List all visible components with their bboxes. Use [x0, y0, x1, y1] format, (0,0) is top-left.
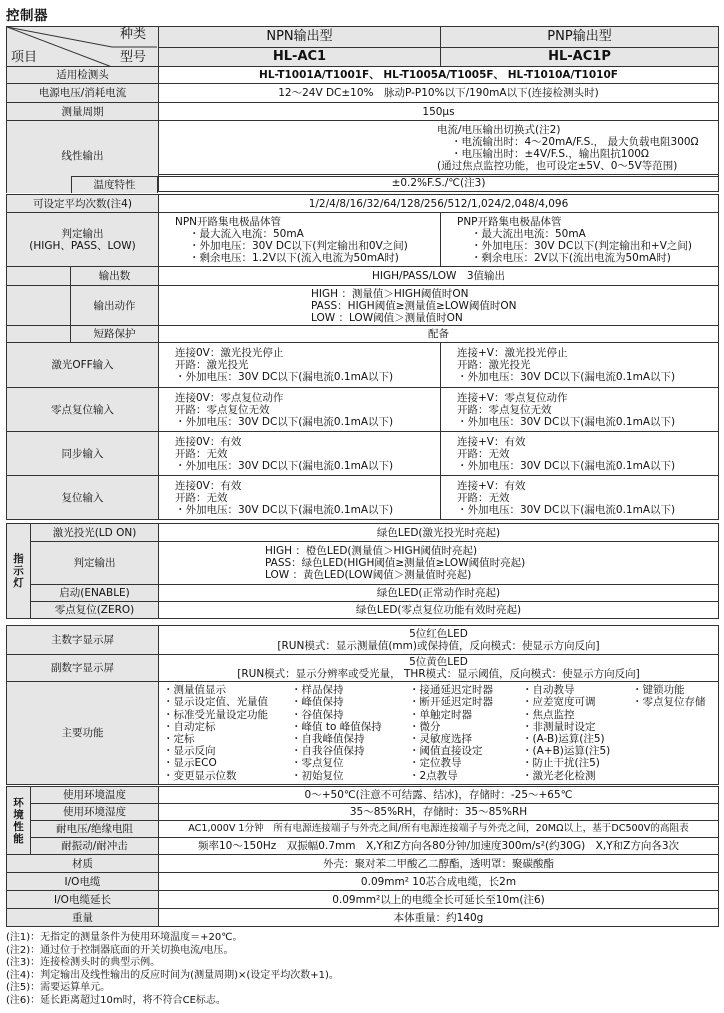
functions-col-5: ・键锁功能・零点复位存储 [632, 684, 722, 782]
env-group-label: 环境性能 [7, 787, 31, 855]
zero-led-label: 零点复位(ZERO) [31, 602, 159, 619]
sync-in-pnp: 连接+V：有效开路：无效・外加电压：30V DC以下(漏电流0.1mA以下) [441, 432, 719, 476]
zero-in-pnp: 连接+V：零点复位动作开路：零点复位无效・外加电压：30V DC以下(漏电流0.… [441, 388, 719, 432]
power-value: 12～24V DC±10% 脉动P-P10%以下/190mA以下(连接检测头时) [159, 84, 719, 103]
short-label: 短路保护 [71, 326, 159, 343]
sync-in-label: 同步输入 [7, 432, 159, 476]
laser-off-pnp: 连接+V：激光投光停止开路：激光投光・外加电压：30V DC以下(漏电流0.1m… [441, 343, 719, 388]
avg-value: 1/2/4/8/16/32/64/128/256/512/1,024/2,048… [159, 195, 719, 213]
spec-table: 种类 型号 项目 NPN输出型 PNP输出型 HL-AC1 HL-AC1P 适用… [6, 26, 719, 192]
indicator-judge-label: 判定输出 [31, 542, 159, 585]
env-humidity-value: 35～85%RH，存储时：35～85%RH [159, 804, 719, 821]
enable-value: 绿色LED(正常动作时亮起) [159, 585, 719, 602]
env-temp-label: 使用环境温度 [31, 787, 159, 804]
functions-value: ・测量值显示・显示设定值、光量值・标准受光量设定功能・自动定标・定标・显示反向・… [159, 682, 719, 785]
item-label: 项目 [11, 52, 37, 64]
reset-in-label: 复位输入 [7, 476, 159, 520]
npn-model: HL-AC1 [159, 48, 441, 67]
weight-label: 重量 [7, 909, 159, 927]
enable-label: 启动(ENABLE) [31, 585, 159, 602]
out-action-label: 输出动作 [71, 286, 159, 326]
cable-value: 0.09mm² 10芯合成电缆，长2m [159, 873, 719, 891]
indicator-table: 指示灯 激光投光(LD ON) 绿色LED(激光投光时亮起) 判定输出 HIGH… [6, 523, 719, 619]
ld-on-label: 激光投光(LD ON) [31, 524, 159, 542]
env-vibration-label: 耐振动/耐冲击 [31, 838, 159, 855]
avg-label: 可设定平均次数(注4) [7, 195, 159, 213]
spec-table-3: 可设定平均次数(注4) 1/2/4/8/16/32/64/128/256/512… [6, 194, 719, 520]
material-value: 外壳：聚对苯二甲酸乙二醇酯，透明罩：聚碳酸酯 [159, 855, 719, 873]
reset-in-npn: 连接0V：有效开路：无效・外加电压：30V DC以下(漏电流0.1mA以下) [159, 476, 441, 520]
functions-col-3: ・接通延迟定时器・断开延迟定时器・单触定时器・微分・灵敏度选择・阈值直接设定・定… [409, 684, 522, 782]
weight-value: 本体重量：约140g [159, 909, 719, 927]
sub-display-value: 5位黄色LED[RUN模式：显示分辨率或受光量， THR模式：显示阈值，反向模式… [159, 655, 719, 682]
functions-col-2: ・样品保持・峰值保持・谷值保持・峰值 to 峰值保持・自我峰值保持・自我谷值保持… [291, 684, 409, 782]
cycle-label: 测量周期 [7, 103, 159, 121]
ld-on-value: 绿色LED(激光投光时亮起) [159, 524, 719, 542]
main-display-label: 主数字显示屏 [7, 626, 159, 655]
pnp-type: PNP输出型 [441, 27, 719, 48]
pnp-model: HL-AC1P [441, 48, 719, 67]
zero-in-npn: 连接0V：零点复位动作开路：零点复位无效・外加电压：30V DC以下(漏电流0.… [159, 388, 441, 432]
env-temp-value: 0～+50℃(注意不可结露、结冰)，存储时：-25～+65℃ [159, 787, 719, 804]
note-4: (注4)：判定输出及线性输出的反应时间为(测量周期)×(设定平均次数+1)。 [6, 970, 339, 983]
laser-off-label: 激光OFF输入 [7, 343, 159, 388]
reset-in-pnp: 连接+V：有效开路：无效・外加电压：30V DC以下(漏电流0.1mA以下) [441, 476, 719, 520]
judge-npn: NPN开路集电极晶体管 ・最大流入电流：50mA ・外加电压：30V DC以下(… [159, 213, 441, 267]
out-action-value: HIGH ：测量值＞HIGH阈值时ON PASS：HIGH阈值≥测量值≥LOW阈… [159, 286, 719, 326]
env-voltage-label: 耐电压/绝缘电阻 [31, 821, 159, 838]
functions-col-1: ・测量值显示・显示设定值、光量值・标准受光量设定功能・自动定标・定标・显示反向・… [163, 684, 291, 782]
zero-led-value: 绿色LED(零点复位功能有效时亮起) [159, 602, 719, 619]
judge-pnp: PNP开路集电极晶体管 ・最大流出电流：50mA ・外加电压：30V DC以下(… [441, 213, 719, 267]
temp-char-value: ±0.2%F.S./℃(注3) [159, 175, 719, 192]
note-6: (注6)：延长距离超过10m时，将不符合CE标志。 [6, 995, 339, 1008]
category-label: 种类 [120, 29, 146, 41]
material-label: 材质 [7, 855, 159, 873]
linear-value: 电流/电压输出切换式(注2) ・电流输出时：4～20mA/F.S.， 最大负载电… [159, 121, 719, 175]
zero-in-label: 零点复位输入 [7, 388, 159, 432]
main-display-value: 5位红色LED[RUN模式：显示测量值(mm)或保持值，反向模式：使显示方向反向… [159, 626, 719, 655]
sensor-head-value: HL-T1001A/T1001F、 HL-T1005A/T1005F、 HL-T… [159, 67, 719, 84]
display-table: 主数字显示屏 5位红色LED[RUN模式：显示测量值(mm)或保持值，反向模式：… [6, 625, 719, 785]
indicator-group-label: 指示灯 [7, 524, 31, 619]
sync-in-npn: 连接0V：有效开路：无效・外加电压：30V DC以下(漏电流0.1mA以下) [159, 432, 441, 476]
power-label: 电源电压/消耗电流 [7, 84, 159, 103]
model-label: 型号 [120, 52, 146, 64]
note-5: (注5)：需要运算单元。 [6, 982, 339, 995]
short-value: 配备 [159, 326, 719, 343]
functions-col-4: ・自动教导・应差宽度可调・焦点监控・非测量时设定・(A-B)运算(注5)・(A+… [522, 684, 632, 782]
cycle-value: 150μs [159, 103, 719, 121]
page-title: 控制器 [6, 4, 48, 24]
env-humidity-label: 使用环境湿度 [31, 804, 159, 821]
env-voltage-value: AC1,000V 1分钟 所有电源连接端子与外壳之间/所有电源连接端子与外壳之间… [159, 821, 719, 838]
sensor-head-label: 适用检测头 [7, 67, 159, 84]
env-vibration-value: 频率10～150Hz 双振幅0.7mm X,Y和Z方向各80分钟/加速度300m… [159, 838, 719, 855]
laser-off-npn: 连接0V：激光投光停止开路：激光投光・外加电压：30V DC以下(漏电流0.1m… [159, 343, 441, 388]
header-corner: 种类 型号 项目 [7, 27, 159, 67]
cable-ext-value: 0.09mm²以上的电缆全长可延长至10m(注6) [159, 891, 719, 909]
functions-label: 主要功能 [7, 682, 159, 785]
env-table: 环境性能 使用环境温度 0～+50℃(注意不可结露、结冰)，存储时：-25～+6… [6, 786, 719, 927]
note-1: (注1)：无指定的测量条件为使用环境温度＝+20℃。 [6, 932, 339, 945]
sub-display-label: 副数字显示屏 [7, 655, 159, 682]
note-3: (注3)：连接检测头时的典型示例。 [6, 957, 339, 970]
cable-label: I/O电缆 [7, 873, 159, 891]
npn-type: NPN输出型 [159, 27, 441, 48]
judge-label: 判定输出(HIGH、PASS、LOW) [7, 213, 159, 267]
footnotes: (注1)：无指定的测量条件为使用环境温度＝+20℃。 (注2)：通过位于控制器底… [6, 932, 339, 1007]
temp-char-label: 温度特性 [71, 176, 158, 193]
note-2: (注2)：通过位于控制器底面的开关切换电流/电压。 [6, 945, 339, 958]
out-count-label: 输出数 [71, 267, 159, 286]
cable-ext-label: I/O电缆延长 [7, 891, 159, 909]
indicator-judge-value: HIGH ：橙色LED(测量值＞HIGH阈值时亮起) PASS：绿色LED(HI… [159, 542, 719, 585]
out-count-value: HIGH/PASS/LOW 3值输出 [159, 267, 719, 286]
